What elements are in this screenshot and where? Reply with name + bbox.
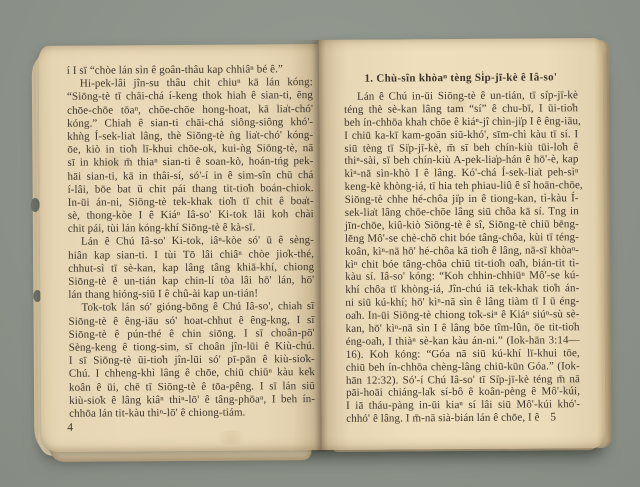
text-line: beh ín-chhōa khah chōe ê kiáⁿ-jî chìn-ji…	[344, 115, 578, 130]
text-line: sè, thong-kòe I ê Kiáⁿ Iâ-so' Ki-tok lâi…	[68, 208, 314, 223]
right-page-lines: Lán ê Chú in-ūi Siōng-tè ê un-tián, tī s…	[344, 89, 580, 426]
text-line: chōe-chōe tōaⁿ, chōe-chōe hong-hoat, kā …	[67, 103, 313, 118]
text-line: chhōa lán tit-kàu thiⁿ-lō' ê chiong-tiám…	[69, 406, 315, 421]
text-line: Siōng-tè ê êng-iāu só' hoat-chhut ê êng-…	[68, 314, 314, 329]
right-page-text: 1. Chù-sîn khòaⁿ tèng Si̍p-jī-kè ê Iâ-so…	[344, 70, 580, 426]
text-line: hāi sian-ti, kā in thâi-sí, só'-í in ê s…	[67, 169, 313, 184]
text-line: kiù-sio̍k ê lâng kiâⁿ thiⁿ-lō' ê tâng-ph…	[69, 393, 315, 408]
page-number-left: 4	[67, 422, 73, 434]
text-line: Siōng-tè ê un-tián kap chin-lí tòa lâi h…	[68, 274, 314, 289]
open-book: í I sī “chòe lán sìn ê goân-thâu kap chh…	[0, 0, 640, 487]
torn-edge-notch	[31, 198, 40, 212]
text-line: koân ê ūi, chē tī Siōng-tè ê tōa-pêng. I…	[69, 380, 315, 395]
text-line: 16). Koh kóng: “Góa nā siū kú-khí lī-khu…	[346, 347, 580, 362]
text-line: “Siōng-tè tī chāi-chá í-keng thok hiah ê…	[67, 89, 313, 104]
text-line: lēng Mô'-se chè-chō chit bóe tâng-chôa, …	[345, 231, 579, 246]
book-photo: í I sī “chòe lán sìn ê goân-thâu kap chh…	[0, 0, 640, 487]
page-number-right: 5	[550, 411, 556, 423]
text-line: I iā tháu-pàng in-ūi kiaⁿ sí lâi siū Mô'…	[346, 399, 580, 414]
text-line: To̍k-to̍k lán só' gióng-bōng ê Chú Iâ-so…	[68, 300, 314, 315]
left-page-text: í I sī “chòe lán sìn ê goân-thâu kap chh…	[67, 63, 315, 421]
text-line: Lán ê Chú Iâ-so' Ki-tok, iâⁿ-kòe só' ū ê…	[68, 234, 314, 249]
chapter-heading: 1. Chù-sîn khòaⁿ tèng Si̍p-jī-kè ê Iâ-so…	[344, 70, 578, 86]
text-line: I chiū ka-kī kam-goān siū-khó', sīm-chì …	[344, 128, 578, 143]
text-line: Chú. I chheng-khì lâng ê chōe, chiū chiū…	[69, 366, 315, 381]
text-line: chiū beh ín-chhōa chèng-lâng chiū-kūn Gó…	[346, 360, 580, 375]
text-line: koân, kìⁿ-nā hō' hé-chôa kā tio̍h ê lâng…	[345, 244, 579, 259]
text-line: chhó' ê lâng. I m̄-nā sià-bián lán ê chō…	[346, 411, 580, 426]
text-line: sī in khiok m̄ thiaⁿ sian-ti ê soan-kò, …	[67, 155, 313, 170]
